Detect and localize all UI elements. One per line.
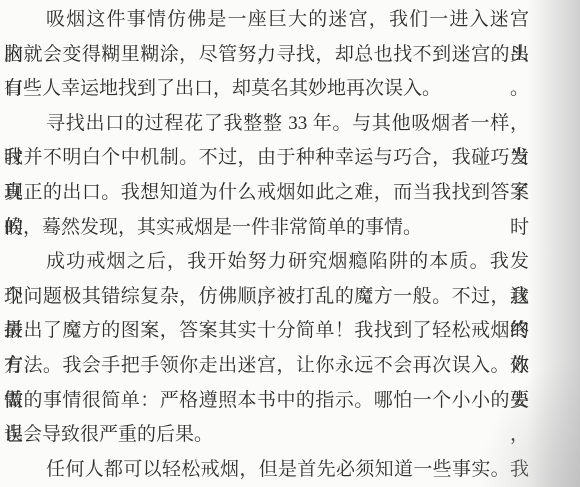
text-line: 个问题极其错综复杂，仿佛顺序被打乱的魔方一般。不过，我最终 <box>4 280 529 315</box>
text-line: 拼出了魔方的图案，答案其实十分简单！我找到了轻松戒烟的有效 <box>4 314 529 349</box>
page-text-block: 吸烟这件事情仿佛是一座巨大的迷宫，我们一进入迷宫内，头脑就会变得糊里糊涂，尽管努… <box>4 3 529 487</box>
text-line: 吸烟这件事情仿佛是一座巨大的迷宫，我们一进入迷宫内，头 <box>4 3 529 38</box>
text-line: 真正的出口。我想知道为什么戒烟如此之难，而当我找到答案的时 <box>4 176 529 211</box>
text-line: 方法。我会手把手领你走出迷宫，让你永远不会再次误入。你需要 <box>4 349 529 384</box>
text-line: 时并不明白个中机制。不过，由于种种幸运与巧合，我碰巧发现了 <box>4 141 529 176</box>
text-line: 成功戒烟之后，我开始努力研究烟瘾陷阱的本质。我发现，这 <box>4 245 529 280</box>
text-line: 脑就会变得糊里糊涂，尽管努力寻找，却总也找不到迷宫的出口。 <box>4 38 529 73</box>
page-edge-shadow <box>528 0 580 487</box>
book-page: 吸烟这件事情仿佛是一座巨大的迷宫，我们一进入迷宫内，头脑就会变得糊里糊涂，尽管努… <box>0 0 580 487</box>
text-line: 任何人都可以轻松戒烟，但是首先必须知道一些事实。我并不 <box>4 453 529 487</box>
text-line: 做的事情很简单：严格遵照本书中的指示。哪怕一个小小的失误， <box>4 384 529 419</box>
text-line: 寻找出口的过程花了我整整 33 年。与其他吸烟者一样，我当 <box>4 107 529 142</box>
